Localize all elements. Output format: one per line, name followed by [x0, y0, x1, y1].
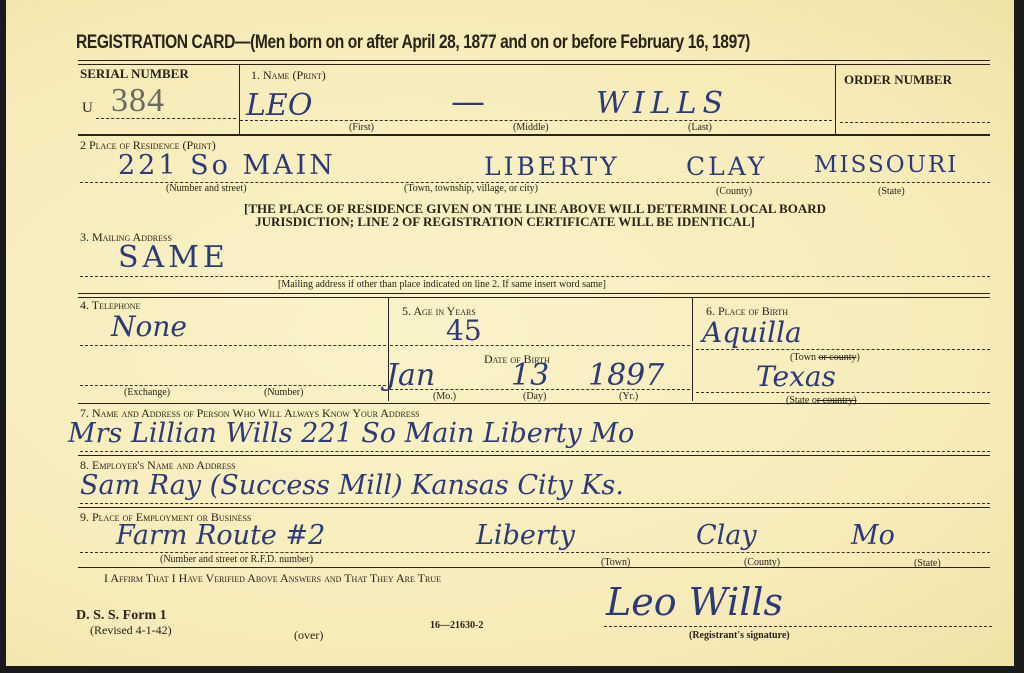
mailing-line	[80, 276, 990, 277]
signature-line	[604, 626, 992, 627]
residence-county-caption: (County)	[716, 186, 752, 197]
row-rule	[78, 134, 990, 136]
row-rule	[78, 455, 990, 456]
signature-caption: (Registrant's signature)	[689, 630, 790, 641]
residence-notice-line2: JURISDICTION; LINE 2 OF REGISTRATION CER…	[80, 215, 930, 228]
telephone-value: None	[111, 310, 187, 343]
serial-line	[96, 118, 236, 119]
over-label: (over)	[294, 628, 323, 643]
employment-place-county: Clay	[696, 520, 757, 551]
name-last-caption: (Last)	[688, 122, 712, 133]
mailing-value: SAME	[118, 240, 229, 275]
employment-place-state: Mo	[851, 520, 895, 551]
form-revised: (Revised 4-1-42)	[90, 623, 172, 638]
employment-place-street: Farm Route #2	[116, 520, 325, 551]
residence-street: 221 So MAIN	[118, 150, 336, 181]
telephone-number-caption: (Number)	[264, 387, 303, 398]
dob-year: 1897	[588, 358, 664, 393]
dob-line	[390, 389, 690, 390]
dob-month-caption: (Mo.)	[433, 391, 456, 402]
print-code: 16—21630-2	[430, 620, 483, 631]
age-value: 45	[446, 314, 482, 347]
employer-value: Sam Ray (Success Mill) Kansas City Ks.	[80, 470, 624, 501]
residence-town-caption: (Town, township, village, or city)	[404, 183, 538, 194]
form-name: D. S. S. Form 1	[76, 608, 167, 624]
name-line	[240, 120, 832, 121]
serial-value: 384	[111, 82, 165, 120]
card-title: REGISTRATION CARD—(Men born on or after …	[76, 32, 863, 54]
signature: Leo Wills	[606, 580, 783, 624]
name-first-caption: (First)	[349, 122, 374, 133]
divider	[835, 64, 836, 134]
affirmation-text: I Affirm That I Have Verified Above Answ…	[104, 571, 441, 586]
dob-day: 13	[511, 358, 549, 393]
residence-state: MISSOURI	[814, 152, 958, 178]
name-label: 1. Name (Print)	[251, 68, 326, 83]
registration-card: REGISTRATION CARD—(Men born on or after …	[6, 0, 1014, 666]
mailing-caption: [Mailing address if other than place ind…	[278, 279, 606, 290]
contact-line	[80, 451, 990, 452]
divider	[239, 64, 240, 134]
row-rule	[78, 567, 990, 568]
residence-county: CLAY	[686, 152, 767, 181]
employer-line	[80, 503, 990, 504]
row-rule	[78, 403, 990, 404]
age-line	[390, 345, 690, 346]
residence-state-caption: (State)	[878, 186, 905, 197]
residence-street-caption: (Number and street)	[166, 183, 247, 194]
telephone-exchange-caption: (Exchange)	[124, 387, 170, 398]
serial-prefix: U	[82, 100, 93, 117]
row-rule	[78, 507, 990, 508]
order-number-label: ORDER NUMBER	[844, 72, 952, 88]
birthplace-state-caption: (State or country)	[786, 395, 857, 406]
employment-place-line	[80, 552, 990, 553]
name-middle-caption: (Middle)	[513, 122, 549, 133]
dob-day-caption: (Day)	[523, 391, 546, 402]
birthplace-town-line	[696, 349, 990, 350]
name-first: LEO	[246, 88, 312, 123]
telephone-line-1	[80, 345, 386, 346]
row-rule	[78, 293, 990, 298]
divider	[692, 297, 693, 401]
employment-place-town: Liberty	[476, 520, 575, 551]
birthplace-town: Aquilla	[702, 316, 802, 349]
dob-month: Jan	[386, 358, 435, 393]
serial-label: SERIAL NUMBER	[80, 66, 189, 82]
order-number-line	[840, 122, 990, 123]
residence-town: LIBERTY	[484, 152, 620, 181]
birthplace-state-line	[696, 392, 990, 393]
telephone-line-2	[80, 385, 386, 386]
title-rule	[78, 60, 990, 65]
birthplace-state: Texas	[756, 360, 836, 393]
employment-street-caption: (Number and street or R.F.D. number)	[160, 554, 313, 565]
dob-year-caption: (Yr.)	[619, 391, 638, 402]
name-last: WILLS	[596, 86, 729, 121]
name-middle: —	[451, 82, 485, 122]
contact-value: Mrs Lillian Wills 221 So Main Liberty Mo	[68, 418, 634, 449]
